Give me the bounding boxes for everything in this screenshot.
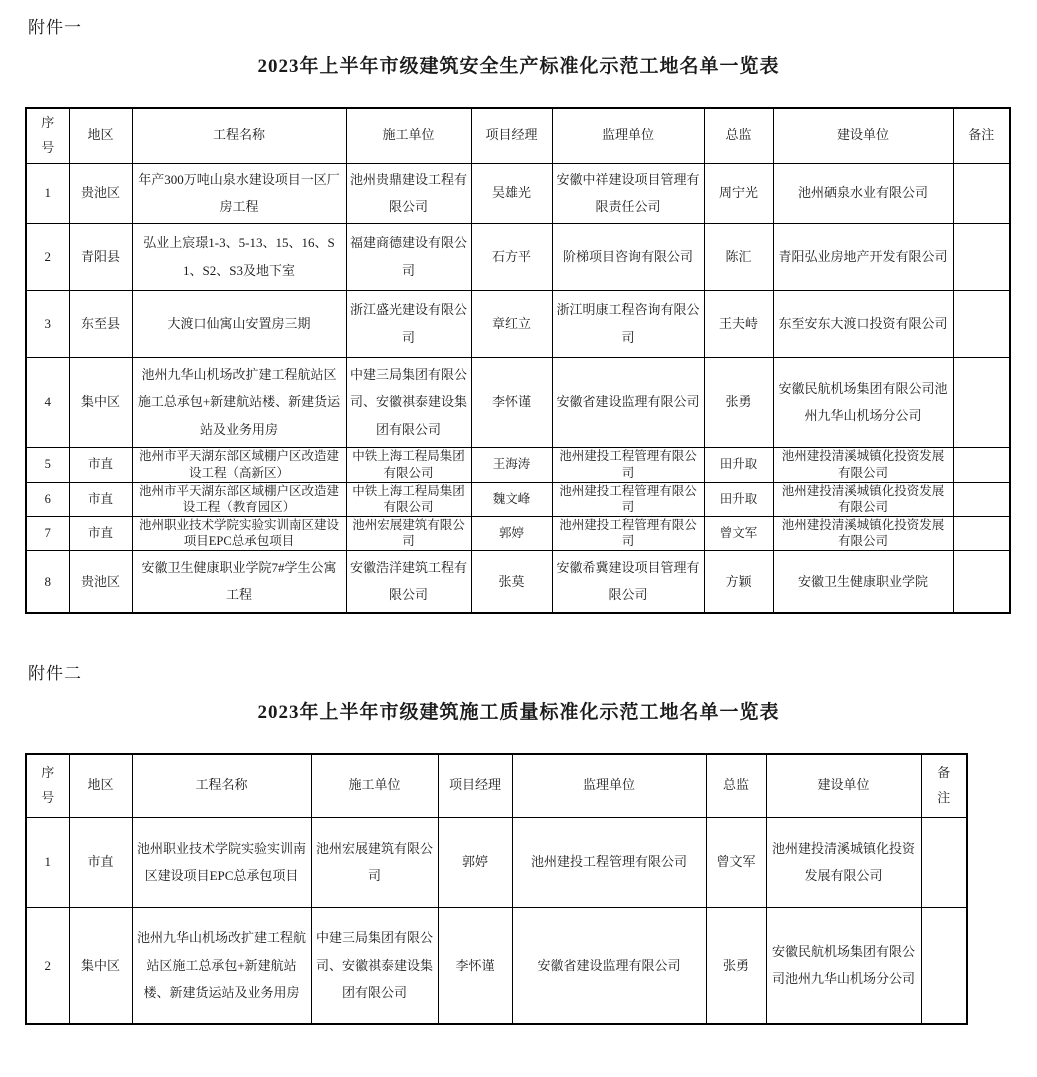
cell-seq: 1: [26, 163, 69, 223]
cell-contractor: 安徽浩洋建筑工程有限公司: [346, 550, 471, 613]
cell-supervision-unit: 池州建投工程管理有限公司: [552, 447, 704, 482]
cell-supervision-unit: 池州建投工程管理有限公司: [512, 817, 706, 907]
cell-region: 东至县: [69, 290, 132, 357]
cell-construction-unit: 池州硒泉水业有限公司: [773, 163, 953, 223]
header-region: 地区: [69, 754, 132, 817]
cell-construction-unit: 安徽卫生健康职业学院: [773, 550, 953, 613]
cell-contractor: 浙江盛光建设有限公司: [346, 290, 471, 357]
cell-project-manager: 吴雄光: [471, 163, 552, 223]
cell-region: 集中区: [69, 907, 132, 1024]
cell-seq: 3: [26, 290, 69, 357]
header-project-name: 工程名称: [132, 108, 346, 163]
cell-chief-supervisor: 周宁光: [704, 163, 773, 223]
cell-supervision-unit: 池州建投工程管理有限公司: [552, 516, 704, 550]
cell-supervision-unit: 安徽省建设监理有限公司: [552, 357, 704, 447]
cell-remarks: [953, 550, 1010, 613]
header-region: 地区: [69, 108, 132, 163]
header-remarks: 备注: [953, 108, 1010, 163]
attachment2-table: 序 号 地区 工程名称 施工单位 项目经理 监理单位 总监 建设单位 备 注 1…: [25, 753, 968, 1025]
cell-contractor: 中铁上海工程局集团有限公司: [346, 482, 471, 516]
cell-contractor: 池州宏展建筑有限公司: [311, 817, 438, 907]
cell-construction-unit: 安徽民航机场集团有限公司池州九华山机场分公司: [773, 357, 953, 447]
table-row: 1 贵池区 年产300万吨山泉水建设项目一区厂房工程 池州贵鼎建设工程有限公司 …: [26, 163, 1010, 223]
cell-supervision-unit: 池州建投工程管理有限公司: [552, 482, 704, 516]
header-construction-unit: 建设单位: [766, 754, 921, 817]
cell-chief-supervisor: 曾文军: [704, 516, 773, 550]
cell-supervision-unit: 浙江明康工程咨询有限公司: [552, 290, 704, 357]
cell-contractor: 中建三局集团有限公司、安徽祺泰建设集团有限公司: [311, 907, 438, 1024]
cell-project-manager: 李怀谨: [438, 907, 512, 1024]
cell-seq: 4: [26, 357, 69, 447]
header-supervision-unit: 监理单位: [552, 108, 704, 163]
cell-contractor: 中铁上海工程局集团有限公司: [346, 447, 471, 482]
attachment2-title: 2023年上半年市级建筑施工质量标准化示范工地名单一览表: [0, 700, 1037, 726]
table-row: 2 集中区 池州九华山机场改扩建工程航站区施工总承包+新建航站楼、新建货运站及业…: [26, 907, 967, 1024]
cell-remarks: [953, 163, 1010, 223]
cell-supervision-unit: 阶梯项目咨询有限公司: [552, 223, 704, 290]
cell-construction-unit: 安徽民航机场集团有限公司池州九华山机场分公司: [766, 907, 921, 1024]
cell-region: 青阳县: [69, 223, 132, 290]
cell-region: 市直: [69, 482, 132, 516]
cell-remarks: [953, 290, 1010, 357]
cell-chief-supervisor: 张勇: [706, 907, 766, 1024]
cell-remarks: [921, 817, 967, 907]
header-supervision-unit: 监理单位: [512, 754, 706, 817]
cell-remarks: [953, 223, 1010, 290]
cell-chief-supervisor: 张勇: [704, 357, 773, 447]
cell-construction-unit: 东至安东大渡口投资有限公司: [773, 290, 953, 357]
cell-remarks: [953, 357, 1010, 447]
cell-contractor: 池州宏展建筑有限公司: [346, 516, 471, 550]
cell-region: 市直: [69, 817, 132, 907]
cell-contractor: 池州贵鼎建设工程有限公司: [346, 163, 471, 223]
cell-project-name: 大渡口仙寓山安置房三期: [132, 290, 346, 357]
attachment1-label: 附件一: [28, 17, 1037, 39]
header-contractor: 施工单位: [311, 754, 438, 817]
cell-seq: 6: [26, 482, 69, 516]
cell-chief-supervisor: 曾文军: [706, 817, 766, 907]
attachment1-table: 序 号 地区 工程名称 施工单位 项目经理 监理单位 总监 建设单位 备注 1 …: [25, 107, 1011, 614]
cell-project-name: 安徽卫生健康职业学院7#学生公寓工程: [132, 550, 346, 613]
header-project-manager: 项目经理: [471, 108, 552, 163]
cell-region: 贵池区: [69, 550, 132, 613]
header-construction-unit: 建设单位: [773, 108, 953, 163]
cell-project-manager: 石方平: [471, 223, 552, 290]
header-seq: 序 号: [26, 754, 69, 817]
cell-project-name: 池州职业技术学院实验实训南区建设项目EPC总承包项目: [132, 516, 346, 550]
cell-project-manager: 郭婷: [471, 516, 552, 550]
table-header-row: 序 号 地区 工程名称 施工单位 项目经理 监理单位 总监 建设单位 备注: [26, 108, 1010, 163]
table-header-row: 序 号 地区 工程名称 施工单位 项目经理 监理单位 总监 建设单位 备 注: [26, 754, 967, 817]
cell-construction-unit: 青阳弘业房地产开发有限公司: [773, 223, 953, 290]
cell-region: 市直: [69, 447, 132, 482]
header-project-manager: 项目经理: [438, 754, 512, 817]
attachment2-label: 附件二: [28, 663, 1037, 685]
document-page: 附件一 2023年上半年市级建筑安全生产标准化示范工地名单一览表 序 号 地区 …: [0, 0, 1037, 1077]
cell-seq: 8: [26, 550, 69, 613]
header-chief-supervisor: 总监: [706, 754, 766, 817]
cell-chief-supervisor: 田升取: [704, 447, 773, 482]
cell-seq: 2: [26, 907, 69, 1024]
cell-chief-supervisor: 王夫峙: [704, 290, 773, 357]
cell-project-manager: 魏文峰: [471, 482, 552, 516]
cell-remarks: [953, 482, 1010, 516]
header-chief-supervisor: 总监: [704, 108, 773, 163]
cell-project-name: 池州九华山机场改扩建工程航站区施工总承包+新建航站楼、新建货运站及业务用房: [132, 357, 346, 447]
cell-project-manager: 张莫: [471, 550, 552, 613]
cell-project-manager: 李怀谨: [471, 357, 552, 447]
cell-supervision-unit: 安徽省建设监理有限公司: [512, 907, 706, 1024]
cell-chief-supervisor: 陈汇: [704, 223, 773, 290]
cell-contractor: 中建三局集团有限公司、安徽祺泰建设集团有限公司: [346, 357, 471, 447]
cell-project-manager: 郭婷: [438, 817, 512, 907]
table-row: 6 市直 池州市平天湖东部区域棚户区改造建设工程（教育园区） 中铁上海工程局集团…: [26, 482, 1010, 516]
cell-project-name: 弘业上宸璟1-3、5-13、15、16、S1、S2、S3及地下室: [132, 223, 346, 290]
cell-construction-unit: 池州建投清溪城镇化投资发展有限公司: [766, 817, 921, 907]
cell-region: 集中区: [69, 357, 132, 447]
table-row: 2 青阳县 弘业上宸璟1-3、5-13、15、16、S1、S2、S3及地下室 福…: [26, 223, 1010, 290]
cell-supervision-unit: 安徽中祥建设项目管理有限责任公司: [552, 163, 704, 223]
cell-project-name: 池州市平天湖东部区域棚户区改造建设工程（高新区）: [132, 447, 346, 482]
table-row: 1 市直 池州职业技术学院实验实训南区建设项目EPC总承包项目 池州宏展建筑有限…: [26, 817, 967, 907]
cell-contractor: 福建商德建设有限公司: [346, 223, 471, 290]
cell-project-name: 池州九华山机场改扩建工程航站区施工总承包+新建航站楼、新建货运站及业务用房: [132, 907, 311, 1024]
header-project-name: 工程名称: [132, 754, 311, 817]
cell-construction-unit: 池州建投清溪城镇化投资发展有限公司: [773, 516, 953, 550]
cell-seq: 5: [26, 447, 69, 482]
cell-project-manager: 王海涛: [471, 447, 552, 482]
cell-seq: 7: [26, 516, 69, 550]
cell-chief-supervisor: 田升取: [704, 482, 773, 516]
cell-supervision-unit: 安徽希冀建设项目管理有限公司: [552, 550, 704, 613]
table-row: 5 市直 池州市平天湖东部区域棚户区改造建设工程（高新区） 中铁上海工程局集团有…: [26, 447, 1010, 482]
cell-seq: 2: [26, 223, 69, 290]
cell-project-name: 池州市平天湖东部区域棚户区改造建设工程（教育园区）: [132, 482, 346, 516]
header-seq: 序 号: [26, 108, 69, 163]
cell-remarks: [953, 516, 1010, 550]
cell-project-manager: 章红立: [471, 290, 552, 357]
cell-project-name: 年产300万吨山泉水建设项目一区厂房工程: [132, 163, 346, 223]
attachment1-title: 2023年上半年市级建筑安全生产标准化示范工地名单一览表: [0, 54, 1037, 80]
cell-region: 市直: [69, 516, 132, 550]
section-spacer: [0, 614, 1037, 663]
table-row: 4 集中区 池州九华山机场改扩建工程航站区施工总承包+新建航站楼、新建货运站及业…: [26, 357, 1010, 447]
table-row: 8 贵池区 安徽卫生健康职业学院7#学生公寓工程 安徽浩洋建筑工程有限公司 张莫…: [26, 550, 1010, 613]
cell-construction-unit: 池州建投清溪城镇化投资发展有限公司: [773, 482, 953, 516]
cell-construction-unit: 池州建投清溪城镇化投资发展有限公司: [773, 447, 953, 482]
cell-remarks: [953, 447, 1010, 482]
cell-project-name: 池州职业技术学院实验实训南区建设项目EPC总承包项目: [132, 817, 311, 907]
table-row: 7 市直 池州职业技术学院实验实训南区建设项目EPC总承包项目 池州宏展建筑有限…: [26, 516, 1010, 550]
cell-chief-supervisor: 方颖: [704, 550, 773, 613]
header-contractor: 施工单位: [346, 108, 471, 163]
cell-remarks: [921, 907, 967, 1024]
cell-region: 贵池区: [69, 163, 132, 223]
cell-seq: 1: [26, 817, 69, 907]
table-row: 3 东至县 大渡口仙寓山安置房三期 浙江盛光建设有限公司 章红立 浙江明康工程咨…: [26, 290, 1010, 357]
header-remarks: 备 注: [921, 754, 967, 817]
